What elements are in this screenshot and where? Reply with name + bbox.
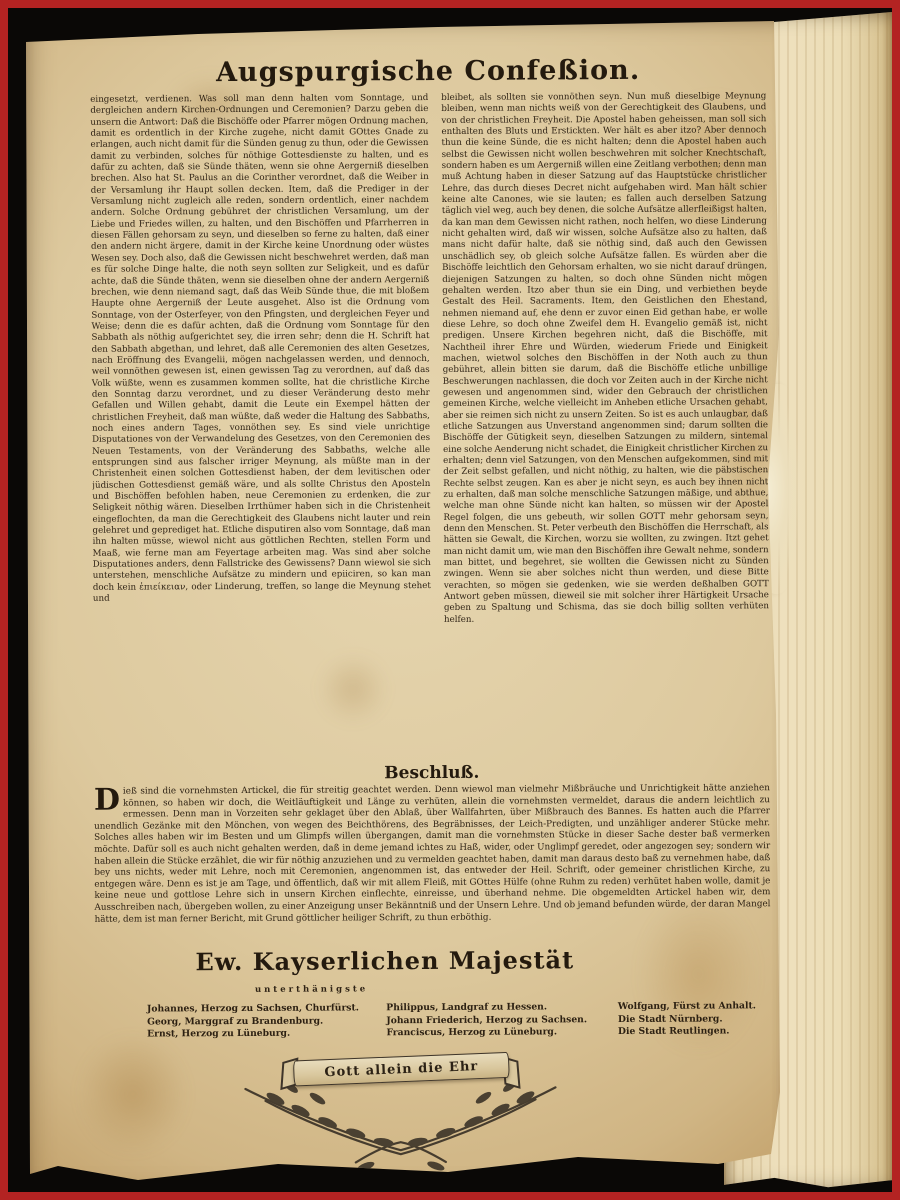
two-column-text: eingesetzt, verdienen. Was soll man denn… <box>90 91 769 757</box>
banner-text: Gott allein die Ehr <box>324 1058 478 1079</box>
signatory: Johannes, Herzog zu Sachsen, Churfürst. <box>147 1002 386 1016</box>
signatory: Philippus, Landgraf zu Hessen. <box>386 1001 618 1015</box>
address-subheading: unterthänigste <box>255 982 771 995</box>
signatory-columns: Johannes, Herzog zu Sachsen, Churfürst. … <box>147 1000 771 1041</box>
signatory-column-1: Johannes, Herzog zu Sachsen, Churfürst. … <box>147 1002 386 1041</box>
signatory: Die Stadt Reutlingen. <box>618 1025 771 1038</box>
woodcut-ornament: Gott allein die Ehr <box>205 1053 596 1185</box>
signatory-column-3: Wolfgang, Fürst zu Anhalt. Die Stadt Nür… <box>618 1000 771 1038</box>
page-title: Augspurgische Confeßion. <box>90 54 766 89</box>
document-page-scan: Augspurgische Confeßion. eingesetzt, ver… <box>18 14 788 1200</box>
text-column-left: eingesetzt, verdienen. Was soll man denn… <box>90 93 431 757</box>
signatory-column-2: Philippus, Landgraf zu Hessen. Johann Fr… <box>386 1001 618 1040</box>
address-heading: Ew. Kayserlichen Majestät <box>105 945 665 977</box>
signatory: Johann Friederich, Herzog zu Sachsen. <box>386 1014 618 1028</box>
drop-cap-initial: D <box>94 787 123 813</box>
signatory: Wolfgang, Fürst zu Anhalt. <box>618 1000 771 1013</box>
text-column-right: bleibet, als sollten sie vonnöthen seyn.… <box>441 91 769 755</box>
page-content: Augspurgische Confeßion. eingesetzt, ver… <box>90 54 772 1185</box>
beschluss-heading: Beschluß. <box>94 761 770 785</box>
signatory: Franciscus, Herzog zu Lüneburg. <box>386 1026 618 1040</box>
beschluss-body-text: ieß sind die vornehmsten Artickel, die f… <box>94 783 770 924</box>
signatory: Die Stadt Nürnberg. <box>618 1013 771 1026</box>
beschluss-paragraph: Dieß sind die vornehmsten Artickel, die … <box>94 783 771 926</box>
signatory: Ernst, Herzog zu Lüneburg. <box>147 1027 386 1041</box>
signatory: Georg, Marggraf zu Brandenburg. <box>147 1015 386 1029</box>
screenshot-red-frame: Augspurgische Confeßion. eingesetzt, ver… <box>0 0 900 1200</box>
